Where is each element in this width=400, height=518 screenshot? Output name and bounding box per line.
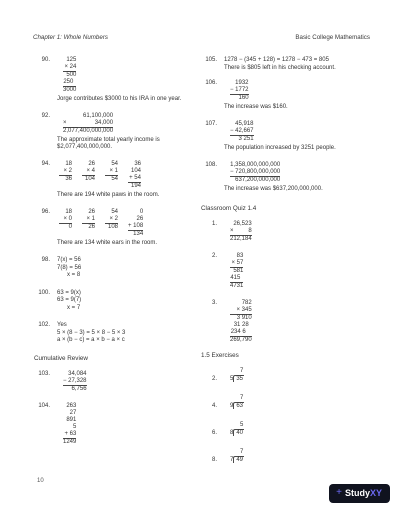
math-line: 263 xyxy=(63,403,76,410)
book-title: Basic College Mathematics xyxy=(295,34,370,41)
math-line: 7(x) = 56 xyxy=(57,257,196,265)
problem-number: 96. xyxy=(34,209,50,247)
answer-sentence: The population increased by 3251 people. xyxy=(224,145,377,152)
multiplication-columns: 18 × 0 0 26 × 1 26 54 × 2 108 xyxy=(59,209,196,238)
exercise-8: 8. 7 749 xyxy=(201,449,377,464)
math-line: − 1772 xyxy=(230,87,249,95)
math-line: 0 xyxy=(128,209,143,216)
math-line: × 24 xyxy=(63,64,76,72)
math-line: 104 xyxy=(82,176,95,183)
math-line: 3 251 xyxy=(230,136,254,143)
math-line: 54 xyxy=(105,176,118,183)
problem-number: 105. xyxy=(201,57,217,72)
math-line: 26,523 xyxy=(230,221,252,228)
math-line: 3 910 xyxy=(230,315,252,322)
exercise-4: 4. 7 963 xyxy=(201,395,377,410)
long-division: 7 535 xyxy=(230,368,244,383)
math-line: × 34,000 xyxy=(63,120,113,128)
math-line: x = 8 xyxy=(67,272,196,280)
equation-work: Yes 5 × (8 − 3) = 5 × 8 − 5 × 3 a × (b −… xyxy=(57,322,196,345)
solution-manual-page: Chapter 1: Whole Numbers Basic College M… xyxy=(0,0,400,518)
math-line: 27 xyxy=(63,410,76,417)
plus-icon: + xyxy=(336,488,342,498)
math-line: 134 xyxy=(128,231,143,238)
quotient: 7 xyxy=(230,449,244,456)
problem-107: 107. 45,918 − 42,667 3 251 The populatio… xyxy=(201,121,377,152)
dividend: 63 xyxy=(233,402,244,409)
subtraction-work: 1,358,000,000,000 − 720,800,000,000 637,… xyxy=(230,162,280,184)
multiplication-columns: 18 × 2 36 26 × 4 104 54 × 1 54 xyxy=(59,161,196,190)
chapter-title: Chapter 1: Whole Numbers xyxy=(33,34,108,41)
math-line: 3000 xyxy=(63,87,76,94)
problem-102: 102. Yes 5 × (8 − 3) = 5 × 8 − 5 × 3 a ×… xyxy=(34,322,196,345)
problem-number: 2. xyxy=(201,253,217,290)
math-line: × 0 xyxy=(59,216,72,224)
math-line: + 108 xyxy=(128,223,143,231)
math-line: 891 xyxy=(63,417,76,424)
quotient: 7 xyxy=(230,395,244,402)
math-line: 125 xyxy=(63,57,76,64)
quiz-problem-1: 1. 26,523 × 8 212,184 xyxy=(201,221,377,243)
mini-multiplication: 26 × 1 26 xyxy=(82,209,95,231)
math-line: × 57 xyxy=(230,260,243,268)
problem-number: 107. xyxy=(201,121,217,152)
answer-sentence: There is $805 left in his checking accou… xyxy=(224,65,377,73)
math-line: − 42,667 xyxy=(230,128,254,136)
math-line: 26 xyxy=(82,161,95,168)
long-division: 7 963 xyxy=(230,395,244,410)
section-heading-cumulative-review: Cumulative Review xyxy=(34,355,196,362)
math-line: − 720,800,000,000 xyxy=(230,169,280,177)
problem-number: 104. xyxy=(34,403,50,446)
problem-90: 90. 125 × 24 500 250 3000 Jorge contribu… xyxy=(34,57,196,103)
problem-number: 103. xyxy=(34,371,50,393)
math-line: 54 xyxy=(105,209,118,216)
answer-sentence: The increase was $637,200,000,000. xyxy=(224,186,377,193)
section-heading-classroom-quiz: Classroom Quiz 1.4 xyxy=(201,205,377,212)
answer-sentence: The approximate total yearly income is $… xyxy=(57,137,196,151)
multiplication-work: 125 × 24 500 250 3000 xyxy=(63,57,76,94)
math-line: + 63 xyxy=(63,431,76,439)
problem-105: 105. 1278 − (345 + 128) = 1278 − 473 = 8… xyxy=(201,57,377,72)
math-line: 63 = 9(x) xyxy=(57,290,196,298)
mini-multiplication: 18 × 2 36 xyxy=(59,161,72,183)
quiz-problem-3: 3. 782 × 345 3 910 31 28 234 6 269,790 xyxy=(201,300,377,344)
math-line: 5 xyxy=(63,424,76,431)
problem-number: 1. xyxy=(201,221,217,243)
subtraction-work: 1932 − 1772 160 xyxy=(230,80,249,102)
problem-number: 4. xyxy=(201,403,217,410)
math-line: 1278 − (345 + 128) = 1278 − 473 = 805 xyxy=(224,57,377,65)
math-line: 26 xyxy=(128,216,143,223)
math-line: 194 xyxy=(128,183,141,190)
answer-sentence: There are 134 white ears in the room. xyxy=(57,240,196,247)
left-column: 90. 125 × 24 500 250 3000 Jorge contribu… xyxy=(34,57,196,456)
math-line: × 4 xyxy=(82,168,95,176)
answer-sentence: There are 194 white paws in the room. xyxy=(57,192,196,199)
answer-sentence: Jorge contributes $3000 to his IRA in on… xyxy=(57,96,196,103)
math-line: Yes xyxy=(57,322,196,330)
problem-104: 104. 263 27 891 5 + 63 1249 xyxy=(34,403,196,446)
quotient: 7 xyxy=(230,368,244,375)
math-line: − 27,328 xyxy=(63,378,87,386)
problem-number: 6. xyxy=(201,430,217,437)
brand-text-xy: XY xyxy=(370,488,382,498)
mini-multiplication: 18 × 0 0 xyxy=(59,209,72,231)
math-line: 1932 xyxy=(230,80,249,87)
math-line: 269,790 xyxy=(230,337,252,344)
math-line: 26 xyxy=(82,209,95,216)
math-line: 234 6 xyxy=(230,329,252,337)
math-line: 415 xyxy=(230,275,243,283)
math-line: 782 xyxy=(230,300,252,307)
math-line: 18 xyxy=(59,161,72,168)
math-line: + 54 xyxy=(128,175,141,183)
mini-multiplication: 54 × 1 54 xyxy=(105,161,118,183)
math-line: 104 xyxy=(128,168,141,175)
problem-96: 96. 18 × 0 0 26 × 1 26 54 × 2 xyxy=(34,209,196,247)
math-line: 160 xyxy=(230,95,249,102)
math-line: 63 = 9(7) xyxy=(57,297,196,305)
math-line: 18 xyxy=(59,209,72,216)
problem-number: 98. xyxy=(34,257,50,280)
exercise-2: 2. 7 535 xyxy=(201,368,377,383)
math-line: 61,100,000 xyxy=(63,113,113,120)
problem-number: 108. xyxy=(201,162,217,193)
subtraction-work: 34,084 − 27,328 6,756 xyxy=(63,371,87,393)
math-line: 36 xyxy=(128,161,141,168)
problem-number: 92. xyxy=(34,113,50,151)
right-column: 105. 1278 − (345 + 128) = 1278 − 473 = 8… xyxy=(201,57,377,476)
math-line: 45,918 xyxy=(230,121,254,128)
math-line: 1,358,000,000,000 xyxy=(230,162,280,169)
long-division: 7 749 xyxy=(230,449,244,464)
section-heading-15-exercises: 1.5 Exercises xyxy=(201,352,377,359)
math-line: x = 7 xyxy=(67,305,196,313)
math-line: 250 xyxy=(63,79,76,87)
equation-work: 7(x) = 56 7(8) = 56 x = 8 xyxy=(57,257,196,280)
math-line: 54 xyxy=(105,161,118,168)
math-line: 36 xyxy=(59,176,72,183)
multiplier: 34,000 xyxy=(95,120,113,127)
problem-100: 100. 63 = 9(x) 63 = 9(7) x = 7 xyxy=(34,290,196,313)
multiplication-work: 61,100,000 × 34,000 2,077,400,000,000 xyxy=(63,113,113,135)
multiplication-work: 782 × 345 3 910 31 28 234 6 269,790 xyxy=(230,300,252,344)
math-line: 1249 xyxy=(63,439,76,446)
math-line: 31 28 xyxy=(230,322,252,329)
math-line: × 1 xyxy=(105,168,118,176)
problem-number: 2. xyxy=(201,376,217,383)
answer-sentence: The increase was $160. xyxy=(224,104,377,111)
math-line: × 1 xyxy=(82,216,95,224)
math-line: 7(8) = 56 xyxy=(57,265,196,273)
problem-number: 102. xyxy=(34,322,50,345)
problem-number: 90. xyxy=(34,57,50,103)
math-line: 108 xyxy=(105,224,118,231)
brand-text-study: Study xyxy=(345,488,370,498)
math-line: 6,756 xyxy=(63,386,87,393)
math-line: 212,184 xyxy=(230,236,252,243)
times-sign: × xyxy=(230,228,234,235)
math-line: 581 xyxy=(230,268,243,275)
subtraction-work: 45,918 − 42,667 3 251 xyxy=(230,121,254,143)
addition-work: 263 27 891 5 + 63 1249 xyxy=(63,403,76,446)
math-line: 0 xyxy=(59,224,72,231)
multiplication-work: 83 × 57 581 415 4731 xyxy=(230,253,243,290)
page-number: 10 xyxy=(37,478,44,484)
math-line: × 2 xyxy=(105,216,118,224)
math-line: 34,084 xyxy=(63,371,87,378)
math-line: 500 xyxy=(63,72,76,79)
math-line: 4731 xyxy=(230,283,243,290)
math-line: 83 xyxy=(230,253,243,260)
problem-number: 100. xyxy=(34,290,50,313)
equation-work: 1278 − (345 + 128) = 1278 − 473 = 805 Th… xyxy=(224,57,377,72)
dividend: 35 xyxy=(233,375,244,382)
dividend: 49 xyxy=(233,456,244,463)
problem-103: 103. 34,084 − 27,328 6,756 xyxy=(34,371,196,393)
problem-number: 8. xyxy=(201,457,217,464)
exercise-6: 6. 5 840 xyxy=(201,422,377,437)
math-line: 2,077,400,000,000 xyxy=(63,128,113,135)
problem-92: 92. 61,100,000 × 34,000 2,077,400,000,00… xyxy=(34,113,196,151)
problem-number: 94. xyxy=(34,161,50,199)
problem-94: 94. 18 × 2 36 26 × 4 104 54 × 1 xyxy=(34,161,196,199)
studyxy-logo: + Study XY xyxy=(329,484,390,503)
math-line: 5 × (8 − 3) = 5 × 8 − 5 × 3 xyxy=(57,330,196,338)
problem-98: 98. 7(x) = 56 7(8) = 56 x = 8 xyxy=(34,257,196,280)
math-line: 26 xyxy=(82,224,95,231)
problem-106: 106. 1932 − 1772 160 The increase was $1… xyxy=(201,80,377,111)
math-line: × 345 xyxy=(230,307,252,315)
quotient: 5 xyxy=(230,422,244,429)
math-line: × 8 xyxy=(230,228,252,236)
mini-multiplication: 54 × 2 108 xyxy=(105,209,118,231)
mini-multiplication: 26 × 4 104 xyxy=(82,161,95,183)
problem-108: 108. 1,358,000,000,000 − 720,800,000,000… xyxy=(201,162,377,193)
addition-column: 36 104 + 54 194 xyxy=(128,161,141,190)
problem-number: 106. xyxy=(201,80,217,111)
long-division: 5 840 xyxy=(230,422,244,437)
math-line: × 2 xyxy=(59,168,72,176)
dividend: 40 xyxy=(233,429,244,436)
problem-number: 3. xyxy=(201,300,217,344)
multiplier: 8 xyxy=(248,228,251,235)
equation-work: 63 = 9(x) 63 = 9(7) x = 7 xyxy=(57,290,196,313)
multiplication-work: 26,523 × 8 212,184 xyxy=(230,221,252,243)
quiz-problem-2: 2. 83 × 57 581 415 4731 xyxy=(201,253,377,290)
times-sign: × xyxy=(63,120,67,127)
addition-column: 0 26 + 108 134 xyxy=(128,209,143,238)
math-line: 637,200,000,000 xyxy=(230,177,280,184)
math-line: a × (b − c) = a × b − a × c xyxy=(57,337,196,345)
